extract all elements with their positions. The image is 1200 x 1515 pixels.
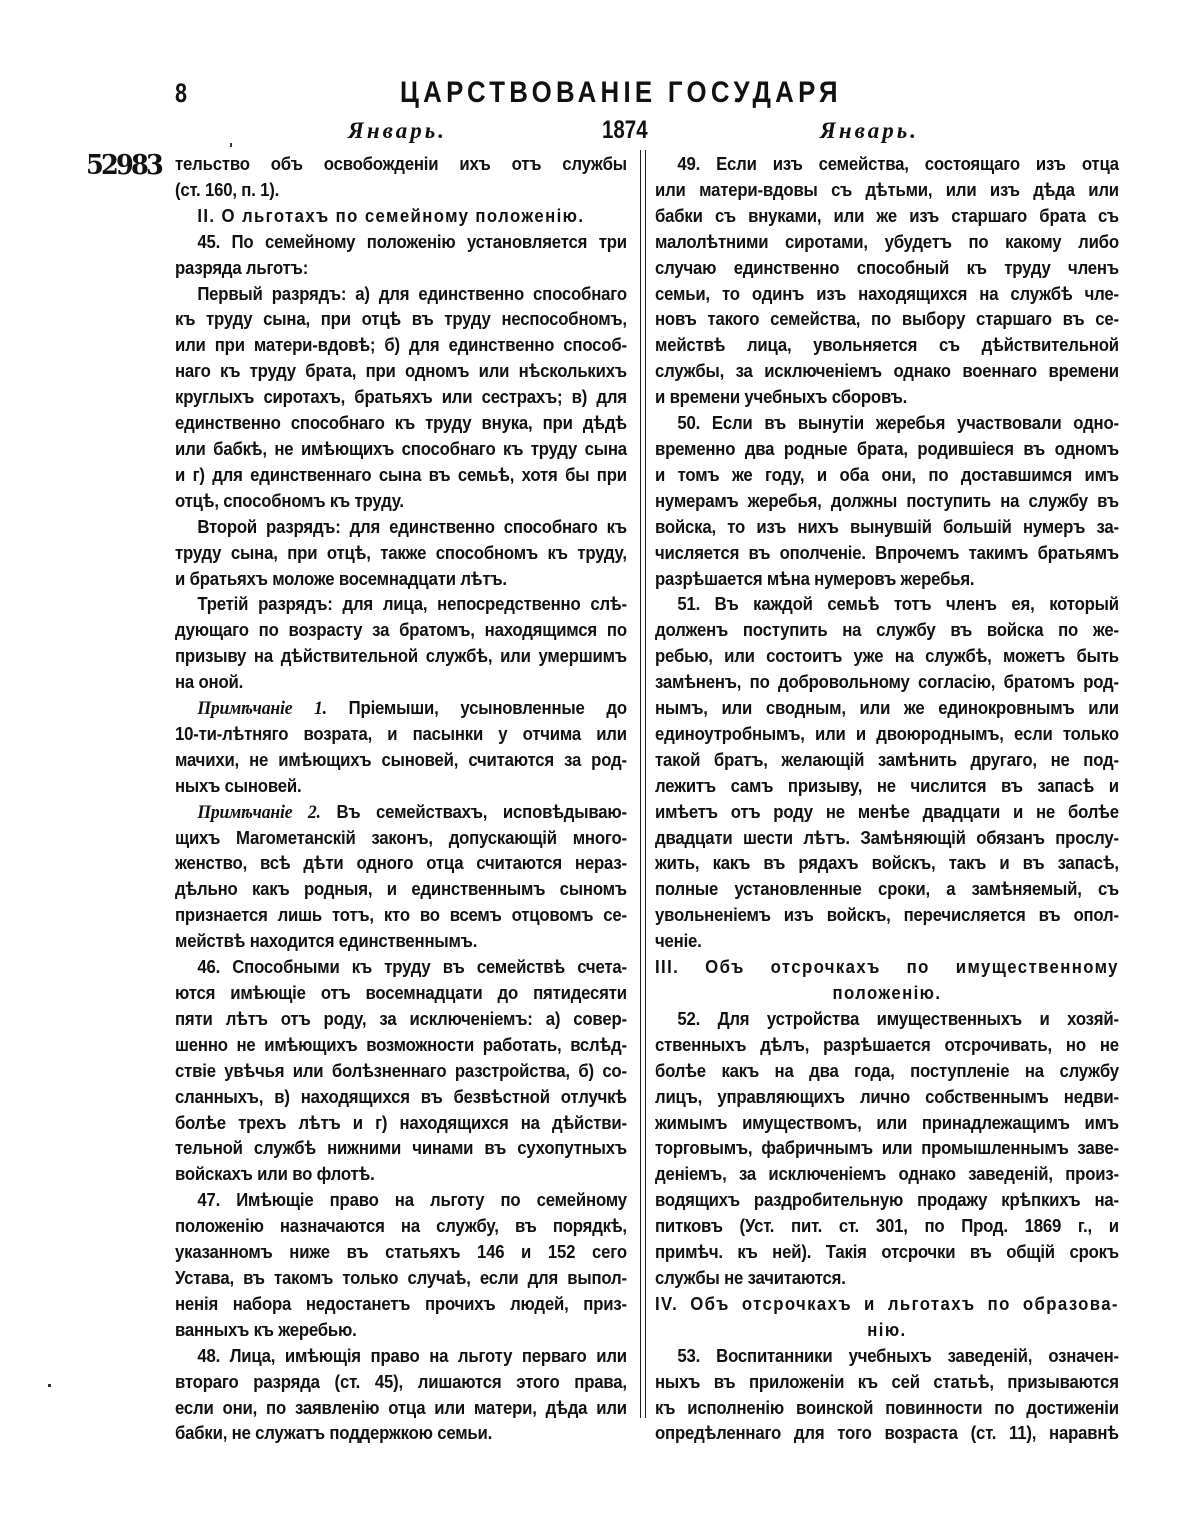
text-line: бабки съ внуками, или же изъ старшаго бр… [655,204,1119,230]
text-line: (ст. 160, п. 1). [175,178,627,204]
right-column: 49. Если изъ семейства, состоящаго изъ о… [655,152,1119,1447]
text-line: 45. По семейному положенію установляется… [175,230,627,256]
text-line: если они, по заявленію отца или матери, … [175,1396,627,1422]
text-line: водящихъ раздробительную продажу крѣпких… [655,1188,1119,1214]
text-line: имѣетъ отъ роду не менѣе двадцати и не б… [655,800,1119,826]
text-line: ствіе увѣчья или болѣзненнаго разстройст… [175,1059,627,1085]
text-line: нымъ, или сводным, или же единокровнымъ … [655,696,1119,722]
text-line: такой братъ, желающій замѣнить другаго, … [655,748,1119,774]
text-line: службы, за исключеніемъ однако военнаго … [655,359,1119,385]
text-line: жить, какъ въ рядахъ войскъ, такъ и въ з… [655,851,1119,877]
margin-law-number: 52983 [86,150,161,181]
text-line: деніемъ, за исключеніемъ однако заведені… [655,1162,1119,1188]
text-line: мачихи, не имѣющихъ сыновей, считаются з… [175,748,627,774]
text-line: 51. Въ каждой семьѣ тотъ членъ ея, котор… [655,592,1119,618]
text-line: пяти лѣтъ отъ роду, за исключеніемъ: а) … [175,1007,627,1033]
text-line: дѣльно какъ родныя, и единственнымъ сыно… [175,877,627,903]
text-line: или матери-вдовы съ дѣтьми, или изъ дѣда… [655,178,1119,204]
column-divider-right [645,150,646,1418]
text-line: питковъ (Уст. пит. ст. 301, по Прод. 186… [655,1214,1119,1240]
text-line: ванныхъ къ жеребью. [175,1318,627,1344]
text-line: 52. Для устройства имущественныхъ и хозя… [655,1007,1119,1033]
text-line: войска, то изъ нихъ вынувшій большій нум… [655,515,1119,541]
text-line: примѣч. къ ней). Такія отсрочки въ общій… [655,1240,1119,1266]
text-line: тельство объ освобожденіи ихъ отъ службы [175,152,627,178]
text-line: и г) для единственнаго сына въ семьѣ, хо… [175,463,627,489]
text-line: войскахъ или во флотѣ. [175,1162,627,1188]
text-line: 10-ти-лѣтняго возрата, и пасынки у отчим… [175,722,627,748]
running-title: ЦАРСТВОВАНІЕ ГОСУДАРЯ [400,76,796,110]
text-line: службы не зачитаются. [655,1266,1119,1292]
text-line: и братьяхъ моложе восемнадцати лѣтъ. [175,567,627,593]
text-line: ственныхъ дѣлъ, разрѣшается отсрочивать,… [655,1033,1119,1059]
text-line: двадцати шести лѣтъ. Замѣняющій обязанъ … [655,826,1119,852]
note-label: Примѣчаніе 1. [197,698,327,719]
text-line: единоутробнымъ, или и двоюроднымъ, если … [655,722,1119,748]
year: 1874 [602,116,648,145]
note-text: Въ семействахъ, исповѣдываю- [321,802,627,822]
text-line: ченіе. [655,929,1119,955]
text-line: единственно способнаго къ труду внука, п… [175,411,627,437]
text-line: болѣе какъ на два года, поступленіе на с… [655,1059,1119,1085]
text-line: отцѣ, способномъ къ труду. [175,489,627,515]
text-line: Примѣчаніе 1. Пріемыши, усыновленные до [175,696,627,722]
text-line: лицъ, управляющихъ лично собственнымъ не… [655,1085,1119,1111]
text-line: положенію. [655,981,1119,1007]
text-line: тельной службѣ нижними чинами въ сухопут… [175,1136,627,1162]
text-line: женство, всѣ дѣти одного отца считаются … [175,851,627,877]
text-line: болѣе трехъ лѣтъ и г) находящихся на дѣй… [175,1111,627,1137]
text-line: 46. Способными къ труду въ семействѣ сче… [175,955,627,981]
text-line: положенію назначаются на службу, въ поря… [175,1214,627,1240]
text-line: на оной. [175,670,627,696]
text-line: 47. Имѣющіе право на льготу по семейному [175,1188,627,1214]
text-line: нію. [655,1318,1119,1344]
text-line: лежитъ самъ призыву, не числится въ запа… [655,774,1119,800]
text-line: мействѣ находится единственнымъ. [175,929,627,955]
text-line: новъ такого семейства, по выбору старшаг… [655,307,1119,333]
text-line: 50. Если въ вынутіи жеребья участвовали … [655,411,1119,437]
month-right: Январь. [820,118,919,144]
month-left: Январь. [348,118,447,144]
text-line: Второй разрядъ: для единственно способна… [175,515,627,541]
text-line: бабки, не служатъ поддержкою семьи. [175,1421,627,1447]
text-line: ребью, или состоитъ уже на службѣ, может… [655,644,1119,670]
text-line: 53. Воспитанники учебныхъ заведеній, озн… [655,1344,1119,1370]
text-line: временно два родные брата, родившіеся въ… [655,437,1119,463]
note-text: Пріемыши, усыновленные до [327,698,627,718]
text-line: увольненіемъ изъ войскъ, перечисляется в… [655,903,1119,929]
text-line: числяется въ ополченіе. Впрочемъ такимъ … [655,541,1119,567]
text-line: семьи, то одинъ изъ находящихся на служб… [655,282,1119,308]
text-line: Третій разрядъ: для лица, непосредственн… [175,592,627,618]
text-line: замѣненъ, по добровольному согласію, бра… [655,670,1119,696]
text-line: къ труду сына, при отцѣ въ труду неспосо… [175,307,627,333]
text-line: втораго разряда (ст. 45), лишаются этого… [175,1370,627,1396]
text-line: малолѣтними сиротами, убудетъ по какому … [655,230,1119,256]
text-line: III. Объ отсрочкахъ по имущественному [655,955,1119,981]
text-line: IV. Объ отсрочкахъ и льготахъ по образов… [655,1292,1119,1318]
text-line: опредѣленнаго для того возраста (ст. 11)… [655,1421,1119,1447]
text-line: Устава, въ такомъ только случаѣ, если дл… [175,1266,627,1292]
text-line: 48. Лица, имѣющія право на льготу перваг… [175,1344,627,1370]
text-line: сланныхъ, в) находящихся въ безвѣстной о… [175,1085,627,1111]
text-line: и времени учебныхъ сборовъ. [655,385,1119,411]
text-line: круглыхъ сиротахъ, братьяхъ или сестрахъ… [175,385,627,411]
print-speck [48,1384,51,1387]
text-line: жимымъ имуществомъ, или принадлежащимъ и… [655,1111,1119,1137]
text-line: разряда льготъ: [175,256,627,282]
text-line: указанномъ ниже въ статьяхъ 146 и 152 се… [175,1240,627,1266]
text-line: шенно не имѣющихъ возможности работать, … [175,1033,627,1059]
text-line: или бабкѣ, не имѣющихъ способнаго къ тру… [175,437,627,463]
text-line: ныхъ въ приложеніи къ сей статьѣ, призыв… [655,1370,1119,1396]
text-line: нумерамъ жеребья, должны поступить на сл… [655,489,1119,515]
text-line: долженъ поступить на службу въ войска по… [655,618,1119,644]
text-line: труду сына, при отцѣ, также способномъ к… [175,541,627,567]
text-line: ныхъ сыновей. [175,774,627,800]
text-line: Примѣчаніе 2. Въ семействахъ, исповѣдыва… [175,800,627,826]
column-divider-left [640,150,641,1418]
text-line: II. О льготахъ по семейному положенію. [175,204,627,230]
text-line: и томъ же году, и оба они, по доставшимс… [655,463,1119,489]
text-line: Первый разрядъ: а) для единственно спосо… [175,282,627,308]
text-line: мействѣ лица, увольняется съ дѣйствитель… [655,333,1119,359]
text-line: ются имѣющіе отъ восемнадцати до пятидес… [175,981,627,1007]
page-number: 8 [175,78,187,109]
text-line: призыву на дѣйствительной службѣ, или ум… [175,644,627,670]
text-line: дующаго по возрасту за братомъ, находящи… [175,618,627,644]
text-line: признается лишь тотъ, кто во всемъ отцов… [175,903,627,929]
text-line: разрѣшается мѣна нумеровъ жеребья. [655,567,1119,593]
text-line: 49. Если изъ семейства, состоящаго изъ о… [655,152,1119,178]
left-column: тельство объ освобожденіи ихъ отъ службы… [175,152,627,1447]
text-line: или при матери-вдовѣ; б) для единственно… [175,333,627,359]
note-label: Примѣчаніе 2. [197,802,320,823]
text-line: къ исполненію воинской повинности по дос… [655,1396,1119,1422]
text-line: наго къ труду брата, при одномъ или нѣск… [175,359,627,385]
text-line: торговымъ, фабричнымъ или промышленнымъ … [655,1136,1119,1162]
text-line: полные установленные сроки, а замѣняемый… [655,877,1119,903]
text-line: случаю единственно способный къ труду чл… [655,256,1119,282]
text-line: ненія набора недостанетъ прочихъ людей, … [175,1292,627,1318]
print-speck [230,143,232,147]
text-line: щихъ Магометанскій законъ, допускающій м… [175,826,627,852]
